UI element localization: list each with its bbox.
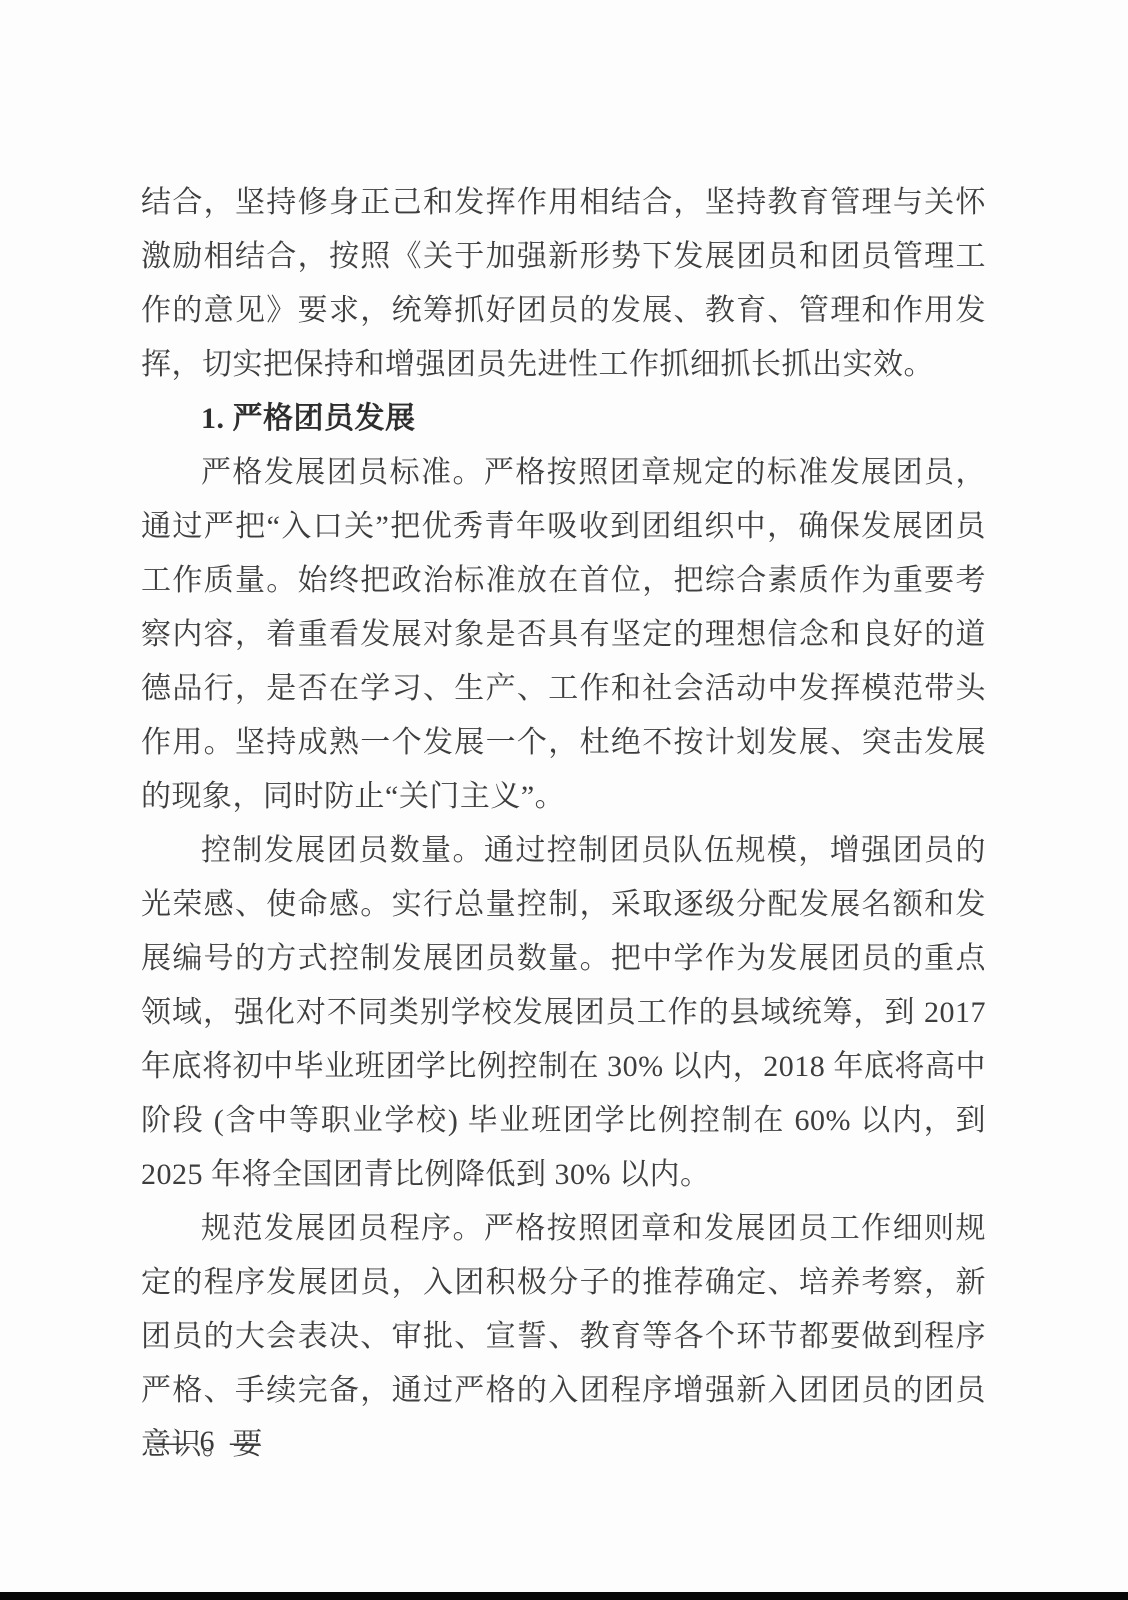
paragraph-continuation: 结合，坚持修身正己和发挥作用相结合，坚持教育管理与关怀激励相结合，按照《关于加强…	[141, 176, 986, 392]
document-body: 结合，坚持修身正己和发挥作用相结合，坚持教育管理与关怀激励相结合，按照《关于加强…	[141, 176, 986, 1472]
paragraph-member-procedure: 规范发展团员程序。严格按照团章和发展团员工作细则规定的程序发展团员，入团积极分子…	[141, 1202, 986, 1472]
page-bottom-edge	[0, 1592, 1128, 1600]
page-number: — 6 —	[154, 1424, 264, 1460]
document-page: 结合，坚持修身正己和发挥作用相结合，坚持教育管理与关怀激励相结合，按照《关于加强…	[0, 0, 1128, 1600]
paragraph-member-quantity: 控制发展团员数量。通过控制团员队伍规模，增强团员的光荣感、使命感。实行总量控制，…	[141, 824, 986, 1202]
paragraph-member-standards: 严格发展团员标准。严格按照团章规定的标准发展团员，通过严把“入口关”把优秀青年吸…	[141, 446, 986, 824]
section-heading: 1. 严格团员发展	[141, 392, 986, 446]
